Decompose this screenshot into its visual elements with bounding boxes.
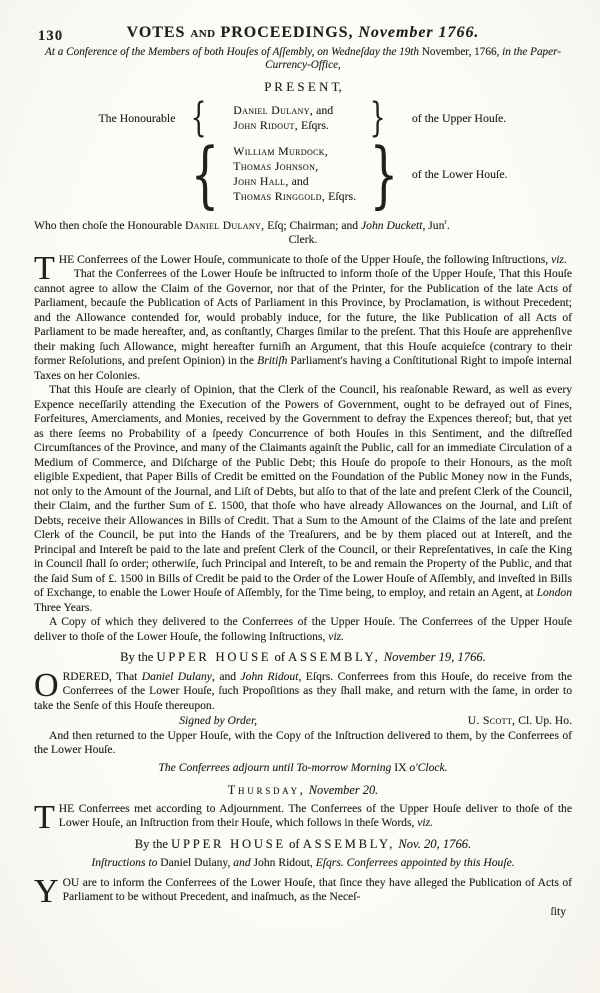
drop-cap: O [34,670,63,699]
upper-house-label: of the Upper Houſe. [412,111,508,126]
signature-line: Signed by Order, U. Scott, Cl. Up. Ho. [34,714,572,729]
clerk-signature: U. Scott, Cl. Up. Ho. [468,714,572,729]
paragraph-text: A Copy of which they delivered to the Co… [34,615,572,643]
present-heading: P R E S E N T, [34,80,572,95]
adjournment-line: The Conferrees adjourn until To-morrow M… [34,761,572,776]
honourable-label: The Honourable [98,111,177,126]
paragraph-returned: And then returned to the Upper Houſe, wi… [34,729,572,758]
paragraph-text: That this Houſe are clearly of Opinion, … [34,383,572,614]
heading-upper-house-nov20: By the UPPER HOUSE of ASSEMBLY, Nov. 20,… [34,837,572,852]
attendee-name: Thomas Johnson, [233,159,356,174]
lower-house-label: of the Lower Houſe. [412,167,508,182]
instructions-line: Inſtructions to Daniel Dulany, and John … [34,856,572,871]
upper-house-names: Daniel Dulany, and John Ridout, Eſqrs. [233,103,356,133]
attendee-name: John Ridout, Eſqrs. [233,118,356,133]
page-title: VOTES and PROCEEDINGS, November 1766. [127,24,480,41]
paragraph-text: And then returned to the Upper Houſe, wi… [34,729,572,757]
drop-cap: Y [34,876,63,905]
paragraph-conferrees-met: THE Conferrees met according to Adjournm… [34,802,572,831]
drop-cap: T [34,802,59,831]
paragraph-copy-delivered: A Copy of which they delivered to the Co… [34,615,572,644]
paragraph-clerk-of-council-opinion: That this Houſe are clearly of Opinion, … [34,383,572,615]
drop-cap: T [34,253,59,282]
conference-heading: At a Conference of the Members of both H… [34,46,572,73]
chairman-line: Who then choſe the Honourable Daniel Dul… [34,215,572,233]
heading-upper-house-nov19: By the UPPER HOUSE of ASSEMBLY, November… [34,650,572,665]
page-number: 130 [38,29,63,44]
page-header: 130 VOTES and PROCEEDINGS, November 1766… [34,26,572,42]
paragraph-you-inform: YOU are to inform the Conferrees of the … [34,876,572,905]
document-page: 130 VOTES and PROCEEDINGS, November 1766… [0,0,600,993]
brace-right-lower: } [370,138,398,210]
catchword: ſity [34,905,572,920]
paragraph-text: RDERED, That Daniel Dulany, and John Rid… [34,670,572,712]
paragraph-instructions-governor-claim: That the Conferrees of the Lower Houſe b… [34,267,572,383]
lower-house-names: William Murdock, Thomas Johnson, John Ha… [233,144,356,204]
paragraph-text: OU are to inform the Conferrees of the L… [63,876,572,904]
attendees-grid: The Honourable { Daniel Dulany, and John… [98,98,507,210]
paragraph-text: That the Conferrees of the Lower Houſe b… [34,267,572,382]
attendee-name: John Hall, and [233,174,356,189]
brace-left-lower: { [191,138,219,210]
paragraph-text: HE Conferrees of the Lower Houſe, commun… [59,253,567,266]
heading-thursday-nov20: Thursday, November 20. [34,783,572,798]
attendee-name: Daniel Dulany, and [233,103,356,118]
attendee-name: William Murdock, [233,144,356,159]
signed-by-order: Signed by Order, [179,714,257,729]
paragraph-ordered: ORDERED, That Daniel Dulany, and John Ri… [34,670,572,714]
clerk-label: Clerk. [34,233,572,248]
paragraph-text: HE Conferrees met according to Adjournme… [59,802,572,830]
attendee-name: Thomas Ringgold, Eſqrs. [233,189,356,204]
paragraph-conferrees-communicate: THE Conferrees of the Lower Houſe, commu… [34,253,572,268]
